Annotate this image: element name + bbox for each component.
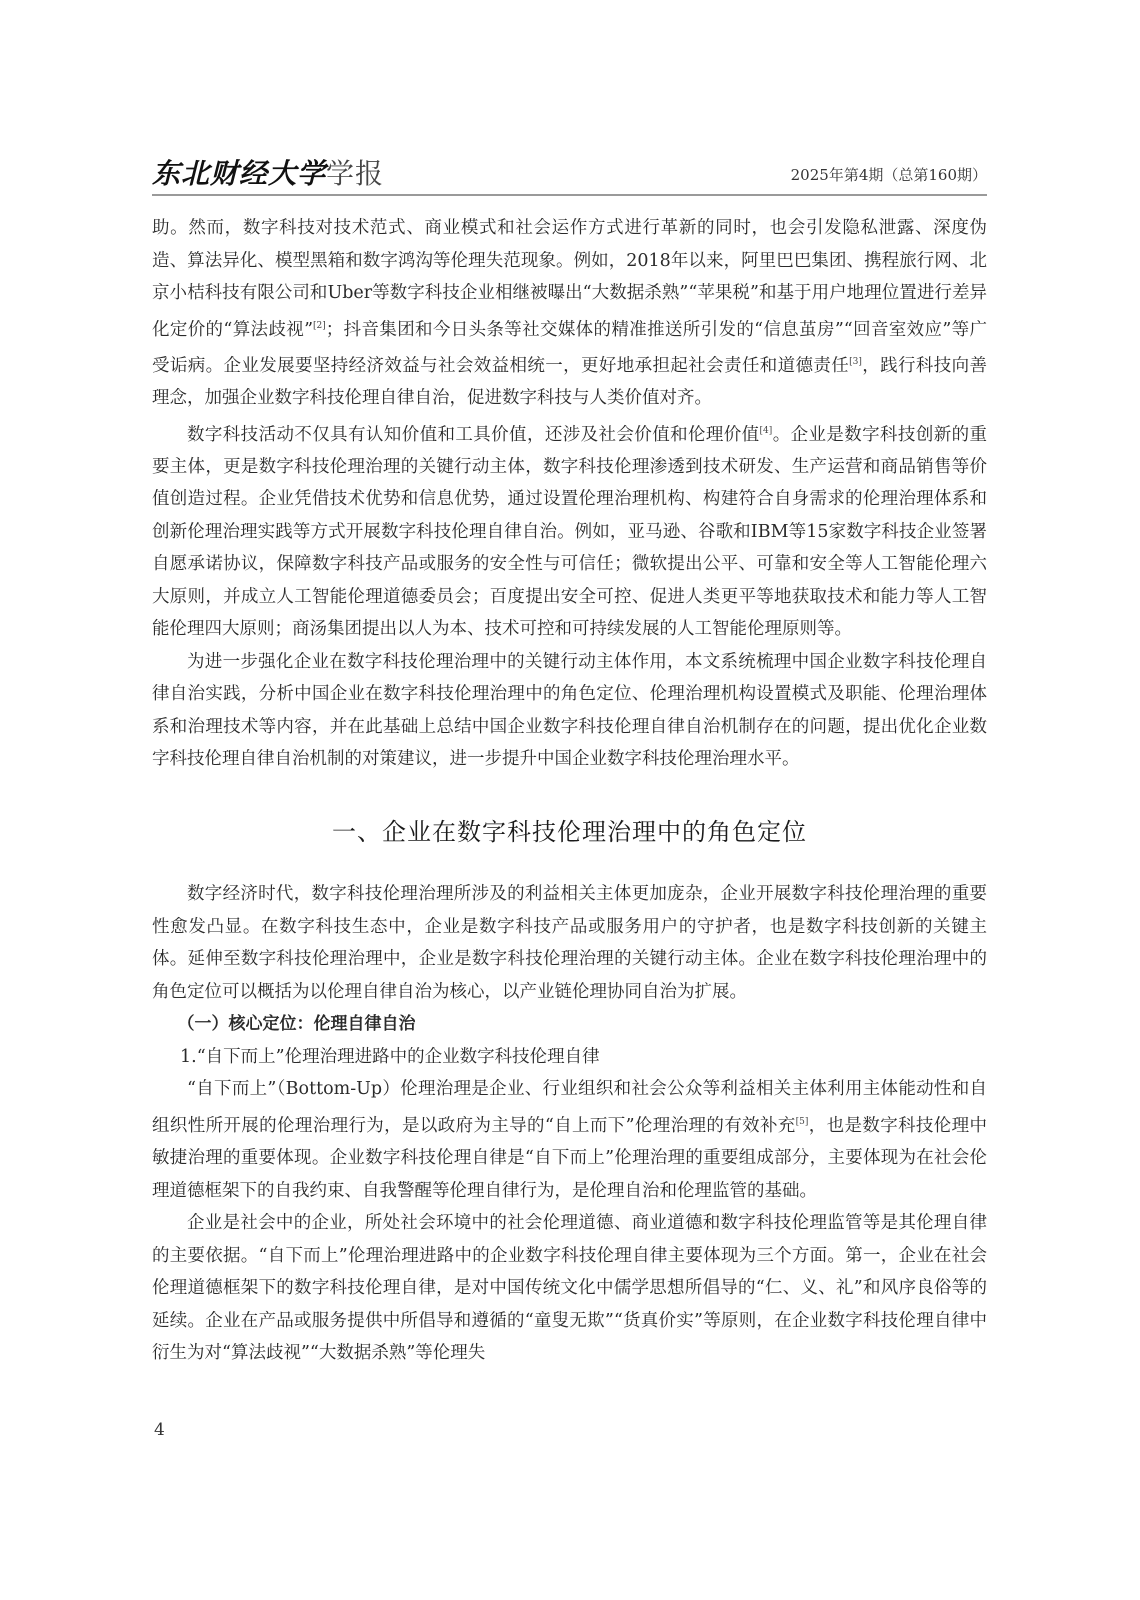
citation-ref: [5] <box>796 1117 809 1127</box>
journal-name-calligraphy: 东北财经大学 <box>152 157 326 190</box>
journal-name: 东北财经大学学报 <box>152 152 384 192</box>
section-heading: 一、企业在数字科技伦理治理中的角色定位 <box>152 816 987 849</box>
citation-ref: [3] <box>849 357 862 367</box>
paragraph-5: “自下而上”（Bottom-Up）伦理治理是企业、行业组织和社会公众等利益相关主… <box>152 1073 987 1207</box>
paragraph-1: 助。然而，数字科技对技术范式、商业模式和社会运作方式进行革新的同时，也会引发隐私… <box>152 212 987 415</box>
paragraph-text: 数字科技活动不仅具有认知价值和工具价值，还涉及社会价值和伦理价值 <box>187 424 760 444</box>
page-number: 4 <box>154 1420 165 1440</box>
paragraph-text: 。企业是数字科技创新的重要主体，更是数字科技伦理治理的关键行动主体，数字科技伦理… <box>152 424 987 639</box>
article-body: 助。然而，数字科技对技术范式、商业模式和社会运作方式进行革新的同时，也会引发隐私… <box>152 212 987 1370</box>
running-header: 东北财经大学学报 2025年第4期（总第160期） <box>152 150 987 196</box>
journal-page: 东北财经大学学报 2025年第4期（总第160期） 助。然而，数字科技对技术范式… <box>152 150 987 1370</box>
paragraph-4: 数字经济时代，数字科技伦理治理所涉及的利益相关主体更加庞杂，企业开展数字科技伦理… <box>152 878 987 1008</box>
paragraph-2: 数字科技活动不仅具有认知价值和工具价值，还涉及社会价值和伦理价值[4]。企业是数… <box>152 415 987 646</box>
citation-ref: [2] <box>313 321 326 331</box>
paragraph-3: 为进一步强化企业在数字科技伦理治理中的关键行动主体作用，本文系统梳理中国企业数字… <box>152 646 987 776</box>
citation-ref: [4] <box>760 426 773 436</box>
subsubsection-heading: 1.“自下而上”伦理治理进路中的企业数字科技伦理自律 <box>152 1041 987 1074</box>
journal-name-suffix: 学报 <box>326 157 384 190</box>
subsection-heading: （一）核心定位：伦理自律自治 <box>152 1008 987 1041</box>
issue-info: 2025年第4期（总第160期） <box>791 164 987 185</box>
paragraph-6: 企业是社会中的企业，所处社会环境中的社会伦理道德、商业道德和数字科技伦理监管等是… <box>152 1207 987 1370</box>
